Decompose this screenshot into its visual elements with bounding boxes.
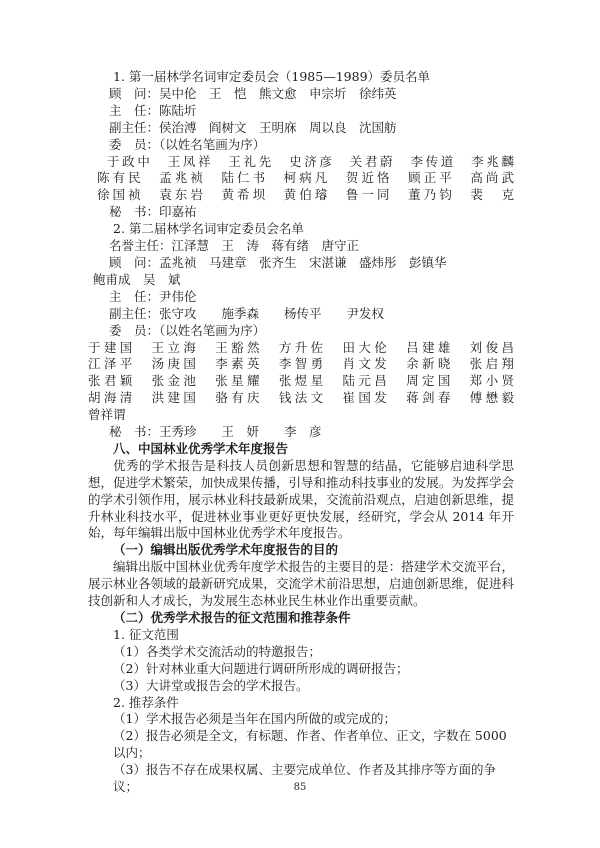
committee2-advisors-line: 顾 问：孟兆祯 马建章 张齐生 宋湛谦 盛炜彤 彭镇华 [88, 255, 514, 272]
scope-label: 1. 征文范围 [88, 627, 514, 644]
section-heading: 八、中国林业优秀学术年度报告 [88, 441, 514, 458]
condition-item: （2）报告必须是全文，有标题、作者、作者单位、正文，字数在 5000 以内； [88, 728, 514, 762]
member-row: 江泽平 汤庚国 李素英 李智勇 肖文发 余新晓 张启翔 [88, 356, 514, 373]
committee2-director-line: 主 任：尹伟伦 [88, 289, 514, 306]
condition-label: 2. 推荐条件 [88, 695, 514, 712]
committee1-members-label: 委 员：（以姓名笔画为序） [88, 137, 514, 154]
committee1-advisors-line: 顾 问：吴中伦 王 恺 熊文愈 申宗圻 徐纬英 [88, 86, 514, 103]
member-row: 胡海清 洪建国 骆有庆 钱法文 崔国发 蒋剑春 傅懋毅 [88, 390, 514, 407]
committee1-title: 1. 第一届林学名词审定委员会（1985—1989）委员名单 [88, 69, 514, 86]
document-page: 1. 第一届林学名词审定委员会（1985—1989）委员名单 顾 问：吴中伦 王… [0, 0, 600, 848]
section-intro-paragraph: 优秀的学术报告是科技人员创新思想和智慧的结晶，它能够启迪科学思想，促进学术繁荣，… [88, 458, 514, 543]
committee1-director-line: 主 任：陈陆圻 [88, 103, 514, 120]
committee2-secretary-line: 秘 书：王秀珍 王 妍 李 彦 [88, 424, 514, 441]
scope-item: （1）各类学术交流活动的特邀报告； [88, 644, 514, 661]
committee1-secretary-line: 秘 书：印嘉祐 [88, 204, 514, 221]
committee2-title: 2. 第二届林学名词审定委员会名单 [88, 221, 514, 238]
member-row: 张君颖 张金池 张星耀 张煜星 陆元昌 周定国 郑小贤 [88, 373, 514, 390]
member-row: 陈有民 孟兆祯 陆仁书 柯病凡 贺近恪 顾正平 高尚武 [88, 170, 514, 187]
member-row-continuation: 曾祥谓 [88, 407, 514, 424]
member-row: 于建国 王立海 王豁然 方升佐 田大伦 吕建雄 刘俊昌 [88, 340, 514, 357]
page-content: 1. 第一届林学名词审定委员会（1985—1989）委员名单 顾 问：吴中伦 王… [88, 69, 514, 796]
committee2-deputy-line: 副主任：张守攻 施季森 杨传平 尹发权 [88, 306, 514, 323]
page-number: 85 [0, 782, 600, 793]
subsection1-paragraph: 编辑出版中国林业优秀年度学术报告的主要目的是：搭建学术交流平台，展示林业各领域的… [88, 559, 514, 610]
scope-item: （2）针对林业重大问题进行调研所形成的调研报告； [88, 661, 514, 678]
committee2-members-label: 委 员：（以姓名笔画为序） [88, 323, 514, 340]
committee1-deputy-line: 副主任：侯治溥 阎树文 王明庥 周以良 沈国舫 [88, 120, 514, 137]
subsection1-heading: （一）编辑出版优秀学术年度报告的目的 [88, 542, 514, 559]
condition-item: （1）学术报告必须是当年在国内所做的或完成的； [88, 711, 514, 728]
member-row: 于政中 王凤祥 王礼先 史济彦 关君蔚 李传道 李兆麟 [88, 154, 514, 171]
committee2-honorary-line: 名誉主任：江泽慧 王 涛 蒋有绪 唐守正 [88, 238, 514, 255]
committee2-advisors-continuation: 鲍甫成 吴 斌 [88, 272, 514, 289]
scope-item: （3）大讲堂或报告会的学术报告。 [88, 678, 514, 695]
subsection2-heading: （二）优秀学术报告的征文范围和推荐条件 [88, 610, 514, 627]
member-row: 徐国祯 袁东岩 黄希坝 黄伯璿 鲁一同 董乃钧 裴 克 [88, 187, 514, 204]
